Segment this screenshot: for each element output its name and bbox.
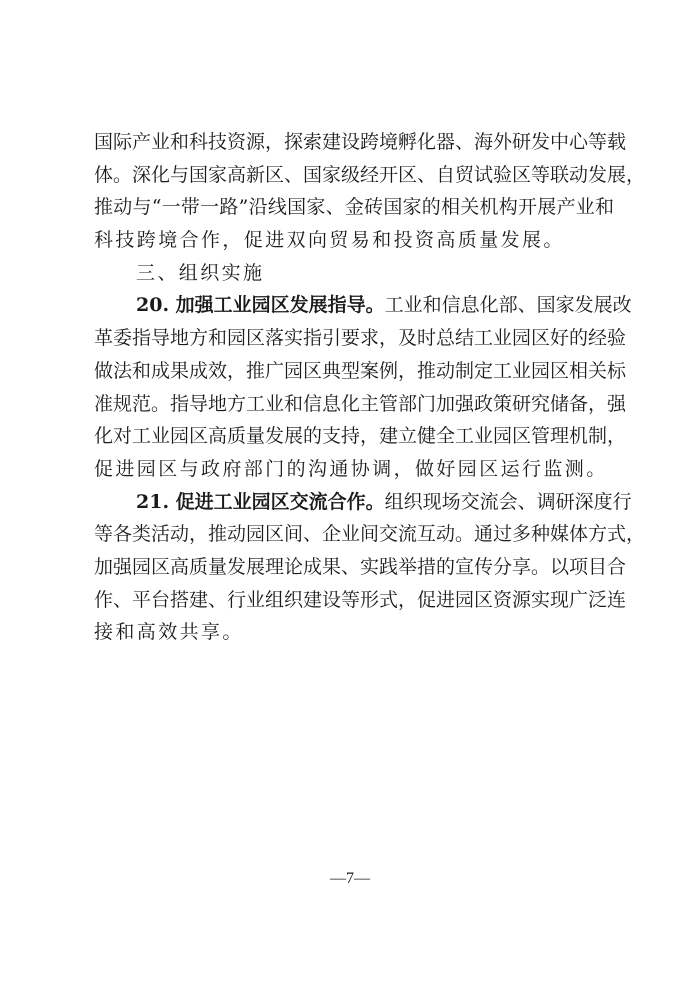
paragraph-line: 作、平台搭建、行业组织建设等形式，促进园区资源实现广泛连	[94, 584, 614, 617]
paragraph-line: 推动与“一带一路”沿线国家、金砖国家的相关机构开展产业和	[94, 191, 614, 224]
item-20-text: 工业和信息化部、国家发展改	[385, 294, 632, 316]
item-20-first-line: 20. 加强工业园区发展指导。工业和信息化部、国家发展改	[94, 289, 614, 322]
item-21-first-line: 21. 促进工业园区交流合作。组织现场交流会、调研深度行	[94, 486, 614, 519]
item-20-title: 20. 加强工业园区发展指导。	[136, 294, 385, 316]
paragraph-line: 做法和成果成效，推广园区典型案例，推动制定工业园区相关标	[94, 355, 614, 388]
document-body: 国际产业和科技资源，探索建设跨境孵化器、海外研发中心等载 体。深化与国家高新区、…	[94, 126, 614, 649]
paragraph-line: 科技跨境合作，促进双向贸易和投资高质量发展。	[94, 224, 614, 257]
paragraph-line: 促进园区与政府部门的沟通协调，做好园区运行监测。	[94, 453, 614, 486]
paragraph-line: 加强园区高质量发展理论成果、实践举措的宣传分享。以项目合	[94, 551, 614, 584]
paragraph-line: 准规范。指导地方工业和信息化主管部门加强政策研究储备，强	[94, 388, 614, 421]
item-21-title: 21. 促进工业园区交流合作。	[136, 491, 385, 513]
page-number: —7—	[0, 870, 700, 888]
paragraph-line: 国际产业和科技资源，探索建设跨境孵化器、海外研发中心等载	[94, 126, 614, 159]
paragraph-line: 等各类活动，推动园区间、企业间交流互动。通过多种媒体方式，	[94, 518, 614, 551]
section-heading: 三、组织实施	[94, 257, 614, 290]
paragraph-line: 革委指导地方和园区落实指引要求，及时总结工业园区好的经验	[94, 322, 614, 355]
paragraph-line: 体。深化与国家高新区、国家级经开区、自贸试验区等联动发展，	[94, 159, 614, 192]
item-21-text: 组织现场交流会、调研深度行	[385, 491, 632, 513]
paragraph-line: 化对工业园区高质量发展的支持，建立健全工业园区管理机制，	[94, 420, 614, 453]
paragraph-line: 接和高效共享。	[94, 616, 614, 649]
